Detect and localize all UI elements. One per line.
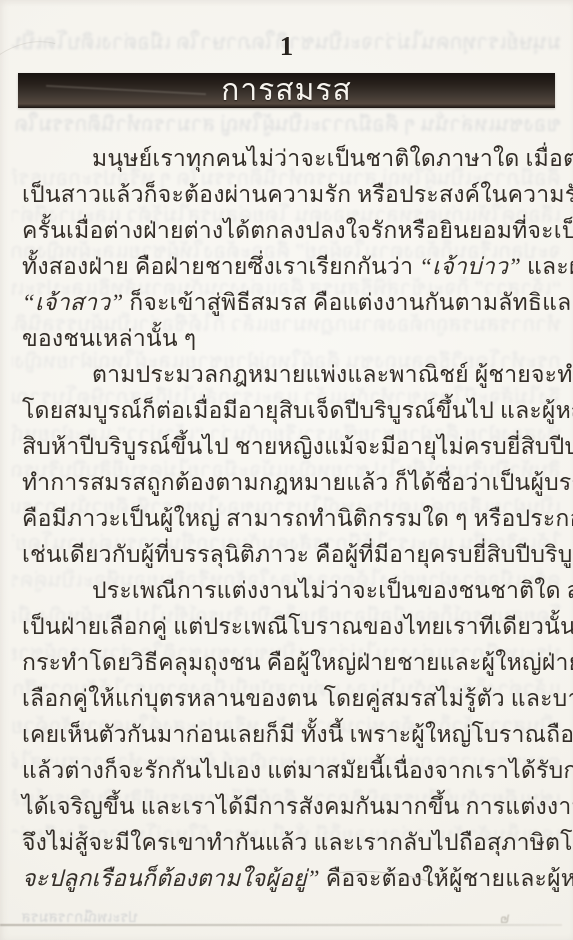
text-line: เป็นสาวแล้วก็จะต้องผ่านความรัก หรือประสง…	[22, 177, 554, 213]
chapter-number: 1	[0, 31, 573, 62]
text-line: เคยเห็นตัวกันมาก่อนเลยก็มี ทั้งนี้ เพราะ…	[22, 717, 554, 753]
text-line: เลือกคู่ให้แก่บุตรหลานของตน โดยคู่สมรสไม…	[22, 681, 554, 717]
bleedthrough-text: ของชนเหล่านั้น ๆ คือมีภาวะเป็นผู้ใหญ่ สา…	[12, 112, 561, 136]
text-run: ทำการสมรสถูกต้องตามกฎหมายแล้ว ก็ได้ชื่อว…	[22, 470, 573, 495]
text-run: ของชนเหล่านั้น ๆ	[22, 326, 196, 351]
text-line: ทำการสมรสถูกต้องตามกฎหมายแล้ว ก็ได้ชื่อว…	[22, 465, 554, 501]
text-line: เป็นฝ่ายเลือกคู่ แต่ประเพณีโบราณของไทยเร…	[22, 609, 554, 645]
text-line: ได้เจริญขึ้น และเราได้มีการสังคมกันมากขึ…	[22, 789, 554, 825]
text-line: ของชนเหล่านั้น ๆ	[22, 321, 554, 357]
text-run: โดยสมบูรณ์ก็ต่อเมื่อมีอายุสิบเจ็ดปีบริบู…	[22, 398, 573, 423]
text-run: คือจะต้องให้ผู้ชายและผู้หญิงตกลงปลงใจ	[320, 866, 573, 891]
text-line: กระทำโดยวิธีคลุมถุงชน คือผู้ใหญ่ฝ่ายชายแ…	[22, 645, 554, 681]
text-run: เช่นเดียวกับผู้ที่บรรลุนิติภาวะ คือผู้ที…	[22, 542, 573, 567]
text-run: มนุษย์เราทุกคนไม่ว่าจะเป็นชาติใดภาษาใด เ…	[92, 146, 573, 171]
banner-scratch	[46, 85, 206, 95]
book-page: มนุษย์เราทุกคนไม่ว่าจะเป็นชาติใดภาษาใด เ…	[0, 0, 573, 940]
text-line: “เจ้าสาว” ก็จะเข้าสู่พิธีสมรส คือแต่งงาน…	[22, 285, 554, 321]
text-line: ประเพณีการแต่งงานไม่ว่าจะเป็นของชนชาติใด…	[22, 573, 554, 609]
chapter-title: การสมรส	[221, 76, 352, 106]
text-run: เป็นสาวแล้วก็จะต้องผ่านความรัก หรือประสง…	[22, 182, 573, 207]
page-body: มนุษย์เราทุกคนไม่ว่าจะเป็นชาติใดภาษาใด เ…	[22, 141, 554, 897]
text-run: ก็จะเข้าสู่พิธีสมรส คือแต่งงานกันตามลัทธ…	[123, 290, 573, 315]
text-line: ทั้งสองฝ่าย คือฝ่ายชายซึ่งเราเรียกกันว่า…	[22, 249, 554, 285]
chapter-title-banner: การสมรส	[18, 73, 555, 108]
text-run: ครั้นเมื่อต่างฝ่ายต่างได้ตกลงปลงใจรักหรื…	[22, 218, 573, 243]
italic-quote: จะปลูกเรือนก็ต้องตามใจผู้อยู่”	[22, 866, 320, 891]
text-run: เคยเห็นตัวกันมาก่อนเลยก็มี ทั้งนี้ เพราะ…	[22, 722, 573, 747]
text-run: เป็นฝ่ายเลือกคู่ แต่ประเพณีโบราณของไทยเร…	[22, 614, 573, 639]
text-run: คือมีภาวะเป็นผู้ใหญ่ สามารถทำนิติกรรมใด …	[22, 506, 573, 531]
text-line: ครั้นเมื่อต่างฝ่ายต่างได้ตกลงปลงใจรักหรื…	[22, 213, 554, 249]
italic-quote: “เจ้าบ่าว”	[419, 254, 521, 279]
text-line: โดยสมบูรณ์ก็ต่อเมื่อมีอายุสิบเจ็ดปีบริบู…	[22, 393, 554, 429]
text-run: และฝ่ายหญิงซึ่งเรียกกันว่า	[521, 254, 573, 279]
text-run: ประเพณีการแต่งงานไม่ว่าจะเป็นของชนชาติใด…	[92, 578, 573, 603]
text-run: สิบห้าปีบริบูรณ์ขึ้นไป ชายหญิงแม้จะมีอาย…	[22, 434, 573, 459]
text-line: สิบห้าปีบริบูรณ์ขึ้นไป ชายหญิงแม้จะมีอาย…	[22, 429, 554, 465]
text-line: เช่นเดียวกับผู้ที่บรรลุนิติภาวะ คือผู้ที…	[22, 537, 554, 573]
text-line: จึงไม่สู้จะมีใครเขาทำกันแล้ว และเรากลับไ…	[22, 825, 554, 861]
bleedthrough-page-number: ๒	[500, 906, 510, 930]
text-run: แล้วต่างก็จะรักกันไปเอง แต่มาสมัยนี้เนื่…	[22, 758, 573, 783]
text-line: แล้วต่างก็จะรักกันไปเอง แต่มาสมัยนี้เนื่…	[22, 753, 554, 789]
text-line: มนุษย์เราทุกคนไม่ว่าจะเป็นชาติใดภาษาใด เ…	[22, 141, 554, 177]
text-run: ได้เจริญขึ้น และเราได้มีการสังคมกันมากขึ…	[22, 794, 573, 819]
text-run: เลือกคู่ให้แก่บุตรหลานของตน โดยคู่สมรสไม…	[22, 686, 573, 711]
text-line: ตามประมวลกฎหมายแพ่งและพาณิชย์ ผู้ชายจะทำ…	[22, 357, 554, 393]
text-run: จึงไม่สู้จะมีใครเขาทำกันแล้ว และเรากลับไ…	[22, 830, 573, 855]
text-run: ตามประมวลกฎหมายแพ่งและพาณิชย์ ผู้ชายจะทำ…	[92, 362, 573, 387]
text-line: คือมีภาวะเป็นผู้ใหญ่ สามารถทำนิติกรรมใด …	[22, 501, 554, 537]
italic-quote: “เจ้าสาว”	[22, 290, 123, 315]
bleedthrough-footer-rule	[0, 924, 562, 926]
text-run: กระทำโดยวิธีคลุมถุงชน คือผู้ใหญ่ฝ่ายชายแ…	[22, 650, 573, 675]
text-run: ทั้งสองฝ่าย คือฝ่ายชายซึ่งเราเรียกกันว่า	[22, 254, 419, 279]
text-line: จะปลูกเรือนก็ต้องตามใจผู้อยู่” คือจะต้อง…	[22, 861, 554, 897]
